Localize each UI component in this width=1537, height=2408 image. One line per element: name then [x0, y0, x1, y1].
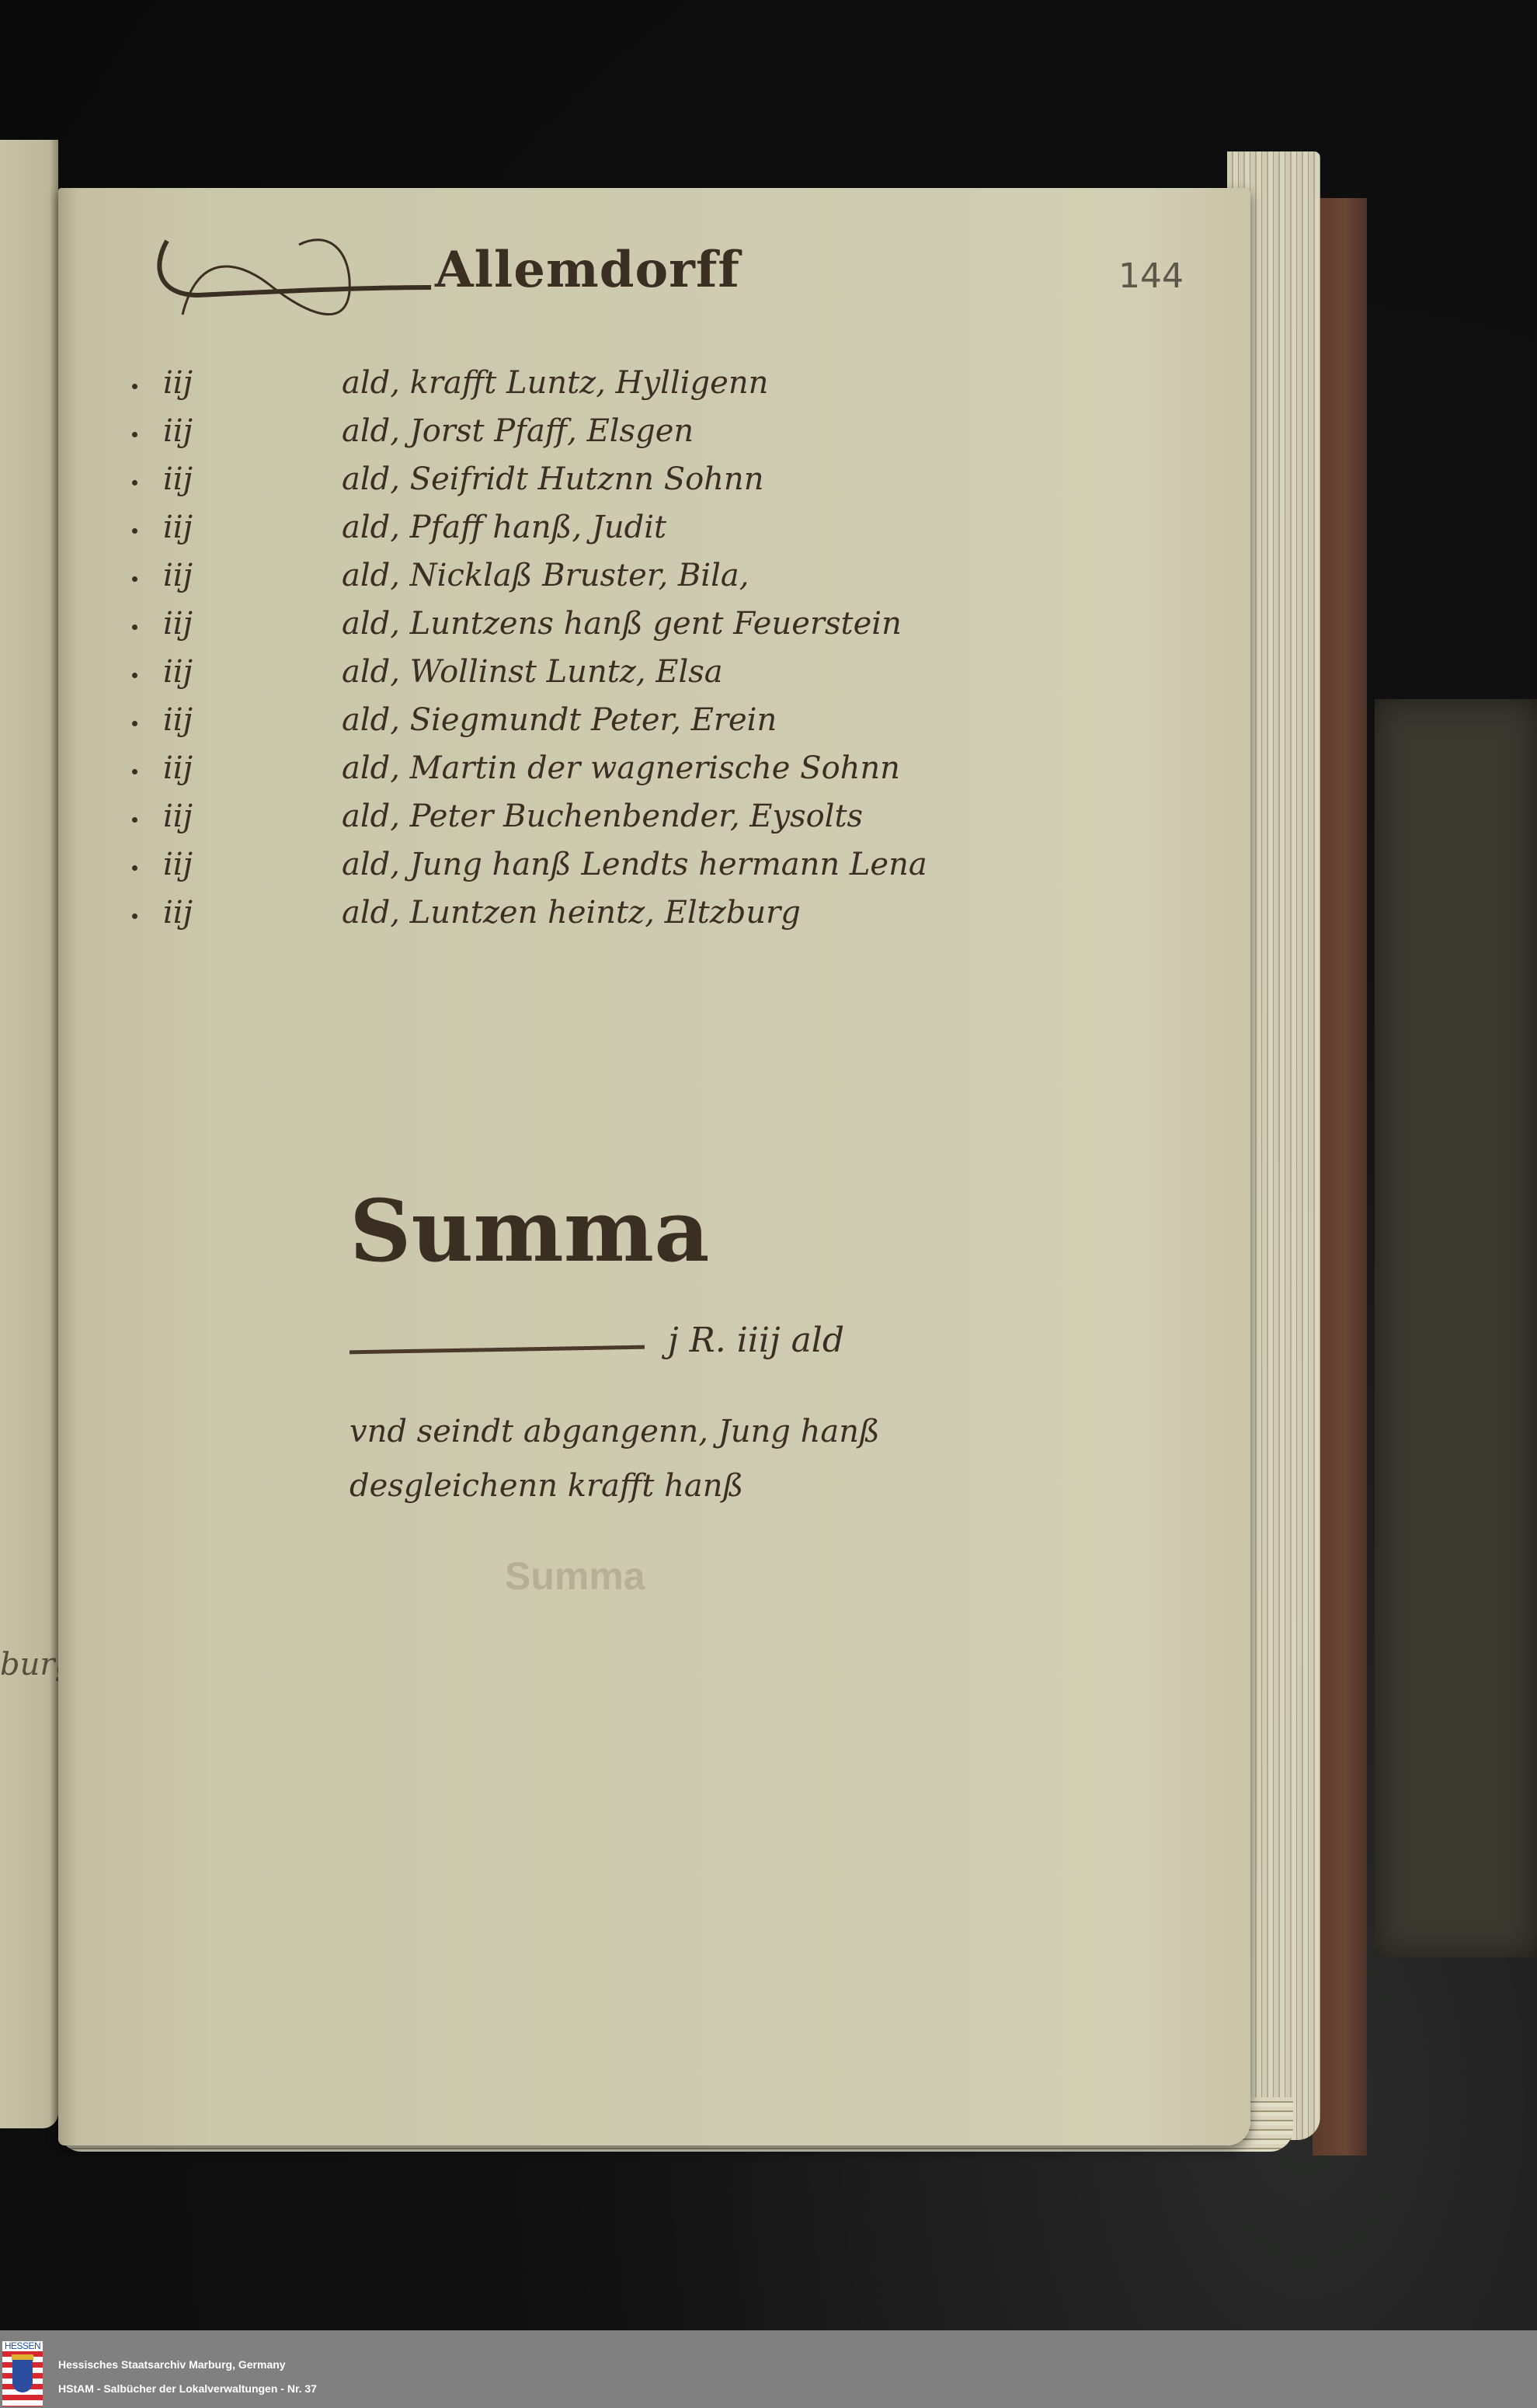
entry-text: ald, Luntzen heintz, Eltzburg	[342, 895, 801, 931]
entry-amount: iij	[163, 702, 193, 738]
bullet-dot-icon	[132, 528, 137, 534]
logo-wordmark: HESSEN	[2, 2340, 43, 2351]
entry-text: ald, Jorst Pfaff, Elsgen	[342, 413, 694, 449]
bullet-dot-icon	[132, 625, 137, 630]
bullet-dot-icon	[132, 817, 137, 823]
bullet-dot-icon	[132, 721, 137, 726]
entry-text: ald, Pfaff hanß, Judit	[342, 510, 666, 545]
bullet-dot-icon	[132, 576, 137, 582]
bullet-dot-icon	[132, 384, 137, 389]
show-through-text: Summa	[505, 1554, 645, 1599]
summa-note-line: desgleichenn krafft hanß	[349, 1468, 743, 1504]
bullet-dot-icon	[132, 865, 137, 871]
hessen-logo-icon: HESSEN	[2, 2341, 43, 2406]
entry-amount: iij	[163, 750, 193, 786]
entry-amount: iij	[163, 847, 193, 882]
entry-text: ald, Siegmundt Peter, Erein	[342, 702, 777, 738]
bullet-dot-icon	[132, 673, 137, 678]
entry-amount: iij	[163, 895, 193, 931]
entry-text: ald, krafft Luntz, Hylligenn	[342, 365, 768, 401]
summa-note-line: vnd seindt abgangenn, Jung hanß	[349, 1414, 880, 1449]
entry-amount: iij	[163, 799, 193, 834]
summa-heading: Summa	[349, 1181, 709, 1281]
entry-amount: iij	[163, 413, 193, 449]
summa-total: j R. iiij ald	[668, 1321, 844, 1360]
entry-text: ald, Jung hanß Lendts hermann Lena	[342, 847, 927, 882]
book-cover-edge	[1313, 198, 1367, 2156]
folio-number: 144	[1118, 256, 1184, 296]
entry-amount: iij	[163, 510, 193, 545]
entry-amount: iij	[163, 606, 193, 642]
bullet-dot-icon	[132, 769, 137, 774]
entry-amount: iij	[163, 654, 193, 690]
felt-support	[1375, 699, 1537, 1957]
entry-text: ald, Martin der wagnerische Sohnn	[342, 750, 900, 786]
entry-text: ald, Nicklaß Bruster, Bila,	[342, 558, 749, 593]
footer-institution: Hessisches Staatsarchiv Marburg, Germany	[58, 2358, 286, 2371]
archive-footer: HESSEN Hessisches Staatsarchiv Marburg, …	[0, 2330, 1537, 2408]
entry-text: ald, Peter Buchenbender, Eysolts	[342, 799, 863, 834]
entry-text: ald, Luntzens hanß gent Feuerstein	[342, 606, 902, 642]
footer-collection: HStAM - Salbücher der Lokalverwaltungen …	[58, 2382, 317, 2395]
bullet-dot-icon	[132, 480, 137, 485]
bullet-dot-icon	[132, 913, 137, 919]
left-page-strip: burg	[0, 140, 58, 2128]
heading-flourish-icon	[151, 221, 462, 338]
entry-text: ald, Wollinst Luntz, Elsa	[342, 654, 723, 690]
entry-amount: iij	[163, 461, 193, 497]
entry-text: ald, Seifridt Hutznn Sohnn	[342, 461, 763, 497]
entry-amount: iij	[163, 365, 193, 401]
lion-shield-icon	[12, 2360, 33, 2392]
bullet-dot-icon	[132, 432, 137, 437]
page-heading: Allemdorff	[435, 241, 740, 299]
entry-amount: iij	[163, 558, 193, 593]
scan-background: burg Allemdorff 144 iijald, krafft Luntz…	[0, 0, 1537, 2330]
